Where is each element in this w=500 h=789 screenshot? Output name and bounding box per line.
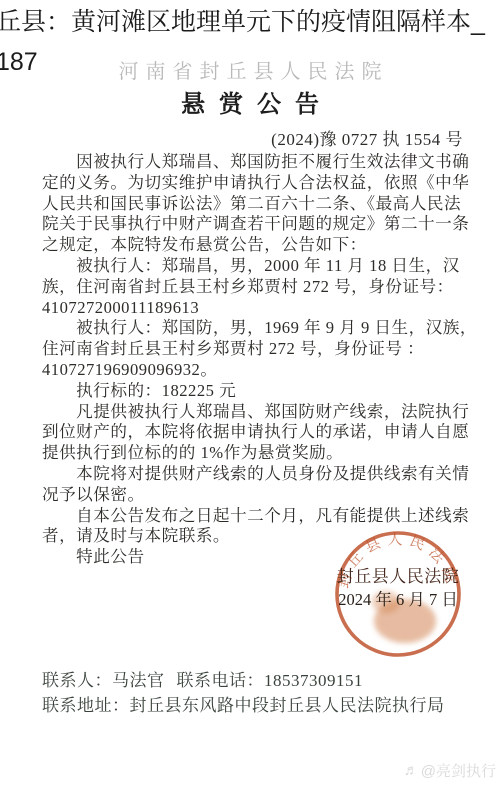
notice-body-line: 定的义务。为切实维护申请执行人合法权益，依照《中华 [42, 173, 477, 194]
case-number: (2024)豫 0727 执 1554 号 [271, 125, 463, 150]
notice-body-line: 410727200011189613 [42, 298, 477, 319]
notice-body-line: 人民共和国民事诉讼法》第二百六十二条、《最高人民法 [42, 194, 477, 215]
court-seal: 封丘县人民法院 封丘县人民法院 2024 年 6 月 7 日 [332, 528, 464, 660]
notice-body-line: 之规定，本院特发布悬赏公告，公告如下： [42, 235, 477, 256]
notice-body-line: 410727196909096932。 [42, 360, 477, 381]
contact-address: 联系地址：封丘县东风路中段封丘县人民法院执行局 [42, 693, 445, 718]
notice-body-line: 本院将对提供财产线索的人员身份及提供线索有关情 [42, 464, 477, 485]
watermark-handle: @亮剑执行 [421, 760, 496, 781]
notice-body-line: 院关于民事执行中财产调查若干问题的规定》第二十一条 [42, 214, 477, 235]
notice-body-line: 凡提供被执行人郑瑞昌、郑国防财产线索，法院执行 [42, 402, 477, 423]
notice-body: 因被执行人郑瑞昌、郑国防拒不履行生效法律文书确定的义务。为切实维护申请执行人合法… [42, 152, 477, 568]
court-header: 河南省封丘县人民法院 [0, 55, 500, 84]
contact-line-1: 联系人：马法官联系电话：18537309151 [42, 668, 445, 693]
notice-body-line: 执行标的：182225 元 [42, 381, 477, 402]
seal-date: 2024 年 6 月 7 日 [332, 586, 464, 610]
notice-body-line: 自本公告发布之日起十二个月，凡有能提供上述线索 [42, 506, 477, 527]
contact-person: 联系人：马法官 [42, 671, 165, 690]
contact-block: 联系人：马法官联系电话：18537309151 联系地址：封丘县东风路中段封丘县… [42, 668, 445, 718]
video-watermark: ♬ @亮剑执行 [404, 760, 496, 781]
seal-court-name: 封丘县人民法院 [332, 562, 464, 587]
notice-body-line: 住河南省封丘县王村乡郑贾村 272 号，身份证号 ： [42, 339, 477, 360]
notice-body-line: 况予以保密。 [42, 485, 477, 506]
notice-title: 悬赏公告 [0, 84, 500, 119]
watermark-logo-icon: ♬ [404, 762, 419, 779]
notice-body-line: 因被执行人郑瑞昌、郑国防拒不履行生效法律文书确 [42, 152, 477, 173]
contact-phone: 联系电话：18537309151 [177, 671, 364, 690]
article-title-line1: 丘县：黄河滩区地理单元下的疫情阻隔样本_ [0, 2, 485, 42]
article-page: 丘县：黄河滩区地理单元下的疫情阻隔样本_ 187 河南省封丘县人民法院 悬赏公告… [0, 0, 500, 789]
notice-body-line: 到位财产的，本院将依据申请执行人的承诺，申请人自愿 [42, 422, 477, 443]
notice-body-line: 族，住河南省封丘县王村乡郑贾村 272 号，身份证号： [42, 277, 477, 298]
notice-body-line: 被执行人：郑瑞昌，男，2000 年 11 月 18 日生，汉 [42, 256, 477, 277]
notice-body-line: 提供执行到位标的的 1%作为悬赏奖励。 [42, 443, 477, 464]
notice-body-line: 被执行人：郑国防，男，1969 年 9 月 9 日生，汉族， [42, 318, 477, 339]
